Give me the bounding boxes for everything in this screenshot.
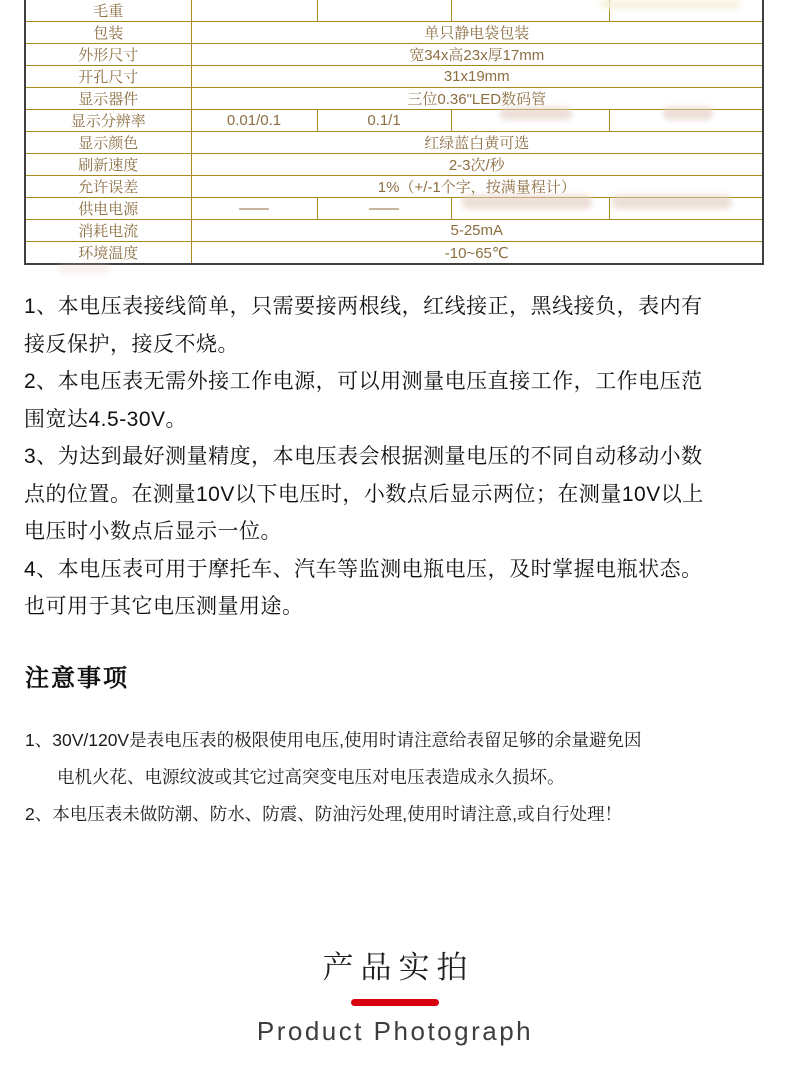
spec-table-grid: 毛重 包装 单只静电袋包装 外形尺寸 宽34x高23x厚17mm 开孔尺寸 31… xyxy=(24,0,764,265)
spec-label-cell: 显示颜色 xyxy=(25,132,191,154)
spec-label-cell: 消耗电流 xyxy=(25,220,191,242)
spec-label-cell: 毛重 xyxy=(25,0,191,22)
spec-value-cell: 0.01/0.1 xyxy=(191,110,317,132)
spec-value-cell: 单只静电袋包装 xyxy=(191,22,763,44)
product-photo-heading: 产品实拍 Product Photograph xyxy=(0,942,790,1047)
spec-value-cell: —— xyxy=(317,198,451,220)
table-row: 消耗电流 5-25mA xyxy=(25,220,763,242)
spec-value-cell: 2-3次/秒 xyxy=(191,154,763,176)
spec-value-cell xyxy=(451,110,609,132)
notice-heading: 注意事项 xyxy=(25,658,129,693)
table-row: 包装 单只静电袋包装 xyxy=(25,22,763,44)
spec-value-cell: 0.1/1 xyxy=(317,110,451,132)
feature-item: 3、为达到最好测量精度，本电压表会根据测量电压的不同自动移动小数 点的位置。在测… xyxy=(24,438,772,551)
notice-item: 1、30V/120V是表电压表的极限使用电压,使用时请注意给表留足够的余量避免因… xyxy=(25,722,773,796)
spec-value-cell: 1%（+/-1个字，按满量程计） xyxy=(191,176,763,198)
spec-table: 毛重 包装 单只静电袋包装 外形尺寸 宽34x高23x厚17mm 开孔尺寸 31… xyxy=(24,0,764,265)
spec-label-cell: 外形尺寸 xyxy=(25,44,191,66)
spec-value-cell xyxy=(191,0,317,22)
spec-value-cell xyxy=(609,0,763,22)
spec-value-cell: 三位0.36"LED数码管 xyxy=(191,88,763,110)
product-detail-page: 毛重 包装 单只静电袋包装 外形尺寸 宽34x高23x厚17mm 开孔尺寸 31… xyxy=(0,0,790,1080)
spec-label-cell: 显示器件 xyxy=(25,88,191,110)
spec-label-cell: 包装 xyxy=(25,22,191,44)
table-row: 显示分辨率 0.01/0.1 0.1/1 xyxy=(25,110,763,132)
spec-value-cell: 宽34x高23x厚17mm xyxy=(191,44,763,66)
product-photo-title-cn: 产品实拍 xyxy=(0,942,790,987)
spec-label-cell: 允许误差 xyxy=(25,176,191,198)
spec-value-cell: -10~65℃ xyxy=(191,242,763,265)
spec-label-cell: 刷新速度 xyxy=(25,154,191,176)
feature-item: 1、本电压表接线简单，只需要接两根线，红线接正，黑线接负，表内有 接反保护，接反… xyxy=(24,288,772,363)
table-row: 外形尺寸 宽34x高23x厚17mm xyxy=(25,44,763,66)
spec-label-cell: 开孔尺寸 xyxy=(25,66,191,88)
table-row: 开孔尺寸 31x19mm xyxy=(25,66,763,88)
spec-label-cell: 供电电源 xyxy=(25,198,191,220)
spec-value-cell xyxy=(451,0,609,22)
red-underline-divider xyxy=(351,999,439,1006)
spec-value-cell xyxy=(451,198,609,220)
notice-list: 1、30V/120V是表电压表的极限使用电压,使用时请注意给表留足够的余量避免因… xyxy=(25,722,773,833)
table-row: 供电电源 —— —— xyxy=(25,198,763,220)
spec-value-cell: —— xyxy=(191,198,317,220)
table-row: 环境温度 -10~65℃ xyxy=(25,242,763,265)
spec-value-cell: 5-25mA xyxy=(191,220,763,242)
feature-item: 2、本电压表无需外接工作电源，可以用测量电压直接工作，工作电压范 围宽达4.5-… xyxy=(24,363,772,438)
product-photo-title-en: Product Photograph xyxy=(0,1016,790,1047)
feature-item: 4、本电压表可用于摩托车、汽车等监测电瓶电压，及时掌握电瓶状态。 也可用于其它电… xyxy=(24,551,772,626)
spec-value-cell xyxy=(317,0,451,22)
spec-value-cell xyxy=(609,198,763,220)
notice-item: 2、本电压表未做防潮、防水、防震、防油污处理,使用时请注意,或自行处理！ xyxy=(25,796,773,833)
spec-value-cell: 红绿蓝白黄可选 xyxy=(191,132,763,154)
spec-label-cell: 显示分辨率 xyxy=(25,110,191,132)
table-row: 毛重 xyxy=(25,0,763,22)
features-section: 1、本电压表接线简单，只需要接两根线，红线接正，黑线接负，表内有 接反保护，接反… xyxy=(24,288,772,626)
censor-smudge xyxy=(58,264,110,274)
table-row: 刷新速度 2-3次/秒 xyxy=(25,154,763,176)
table-row: 显示器件 三位0.36"LED数码管 xyxy=(25,88,763,110)
spec-value-cell xyxy=(609,110,763,132)
table-row: 允许误差 1%（+/-1个字，按满量程计） xyxy=(25,176,763,198)
spec-value-cell: 31x19mm xyxy=(191,66,763,88)
spec-label-cell: 环境温度 xyxy=(25,242,191,265)
table-row: 显示颜色 红绿蓝白黄可选 xyxy=(25,132,763,154)
